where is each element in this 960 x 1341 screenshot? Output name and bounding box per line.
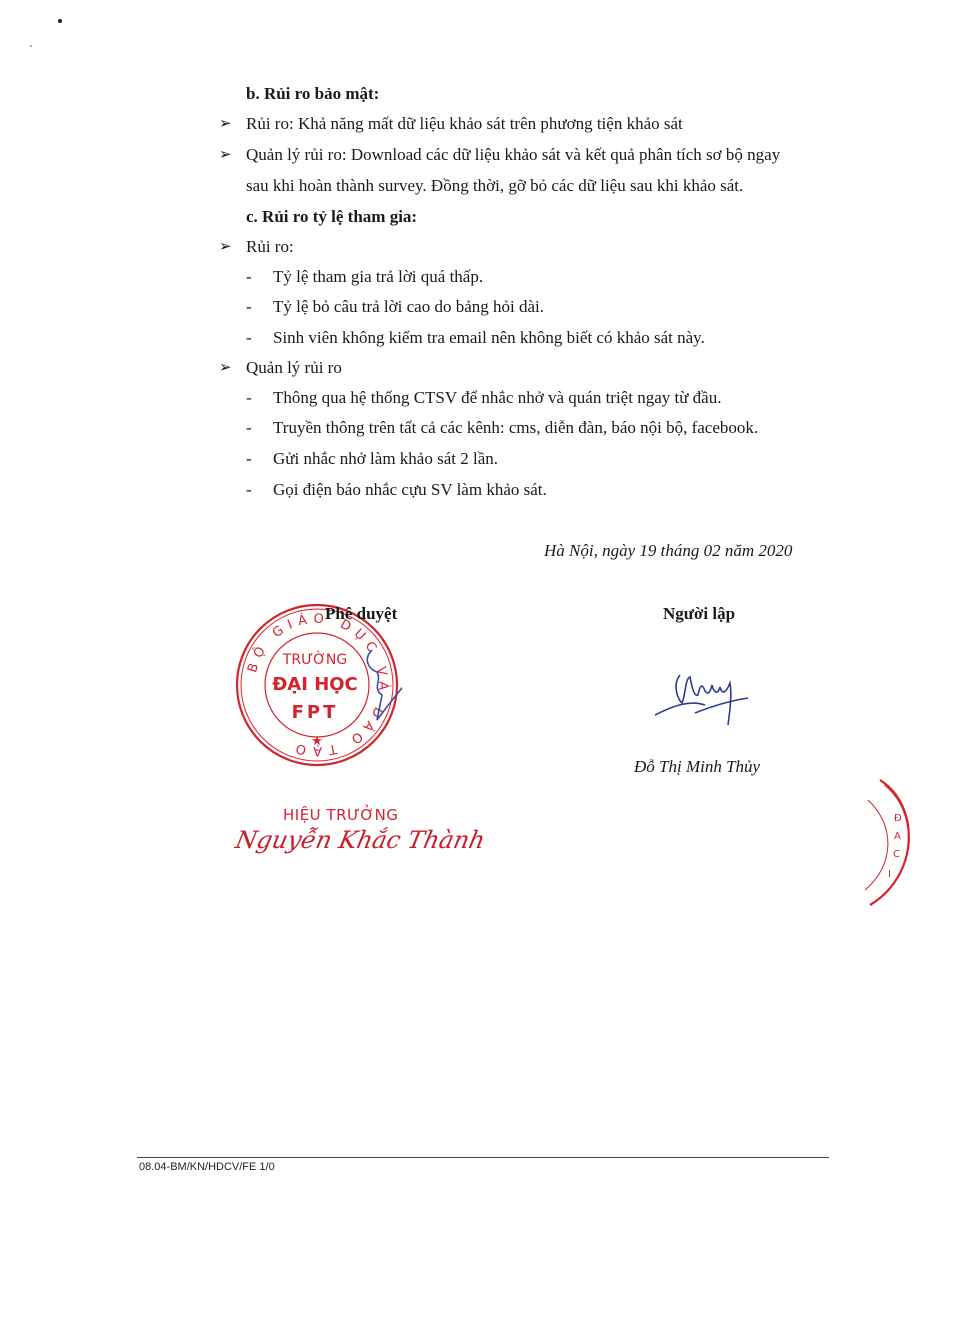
preparer-name: Đỗ Thị Minh Thủy: [634, 757, 760, 777]
scan-speck: [30, 45, 32, 47]
dash-icon: -: [246, 480, 252, 500]
management-item: Thông qua hệ thống CTSV để nhắc nhở và q…: [273, 388, 721, 408]
footer-rule: [137, 1157, 829, 1158]
svg-text:Đ: Đ: [894, 813, 902, 824]
section-b-heading: b. Rủi ro bảo mật:: [246, 84, 379, 104]
risk-label: Rủi ro:: [246, 237, 294, 257]
stamp-line1: TRƯỜNG: [282, 650, 347, 668]
management-item: Gọi điện báo nhắc cựu SV làm khảo sát.: [273, 480, 547, 500]
management-item: Truyền thông trên tất cả các kênh: cms, …: [273, 418, 758, 438]
section-b-continuation: sau khi hoàn thành survey. Đồng thời, gỡ…: [246, 176, 743, 196]
bullet-arrow-icon: ➢: [219, 237, 232, 257]
risk-item: Tỷ lệ tham gia trả lời quá thấp.: [273, 267, 483, 287]
dash-icon: -: [246, 388, 252, 408]
dash-icon: -: [246, 297, 252, 317]
dash-icon: -: [246, 328, 252, 348]
approver-role: Phê duyệt: [325, 604, 397, 624]
official-stamp: BỘ GIÁO DỤC VÀ ĐÀO TẠO ★ TRƯỜNG ĐẠI HỌC …: [232, 600, 402, 770]
stamp-line3: FPT: [292, 702, 339, 723]
svg-text:A: A: [894, 831, 901, 842]
date-line: Hà Nội, ngày 19 tháng 02 năm 2020: [544, 541, 792, 561]
section-b-bullet: Quản lý rủi ro: Download các dữ liệu khả…: [246, 145, 780, 165]
stamp-line2: ĐẠI HỌC: [272, 674, 358, 695]
section-b-bullet: Rủi ro: Khả năng mất dữ liệu khảo sát tr…: [246, 114, 683, 134]
preparer-signature-icon: [650, 665, 760, 730]
stamp-seal-icon: BỘ GIÁO DỤC VÀ ĐÀO TẠO ★ TRƯỜNG ĐẠI HỌC …: [232, 600, 402, 770]
bullet-arrow-icon: ➢: [219, 114, 232, 134]
svg-text:★: ★: [311, 733, 323, 748]
dash-icon: -: [246, 449, 252, 469]
bullet-arrow-icon: ➢: [219, 358, 232, 378]
partial-stamp-seal-icon: Đ A C I: [860, 775, 920, 910]
approver-title: HIỆU TRƯỞNG: [283, 806, 398, 824]
management-label: Quản lý rủi ro: [246, 358, 342, 378]
risk-item: Sinh viên không kiểm tra email nên không…: [273, 328, 705, 348]
risk-item: Tỷ lệ bỏ câu trả lời cao do bảng hỏi dài…: [273, 297, 544, 317]
partial-stamp: Đ A C I: [860, 775, 920, 910]
preparer-role: Người lập: [663, 604, 735, 624]
section-c-heading: c. Rủi ro tỷ lệ tham gia:: [246, 207, 417, 227]
management-item: Gửi nhắc nhở làm khảo sát 2 lần.: [273, 449, 498, 469]
dash-icon: -: [246, 418, 252, 438]
dash-icon: -: [246, 267, 252, 287]
approver-name: Nguyễn Khắc Thành: [233, 826, 488, 854]
svg-text:C: C: [893, 849, 900, 860]
document-page: b. Rủi ro bảo mật: ➢ Rủi ro: Khả năng mấ…: [0, 0, 960, 1341]
bullet-arrow-icon: ➢: [219, 145, 232, 165]
scan-speck: [58, 19, 62, 23]
form-code: 08.04-BM/KN/HDCV/FE 1/0: [139, 1161, 275, 1173]
svg-text:I: I: [888, 869, 891, 880]
